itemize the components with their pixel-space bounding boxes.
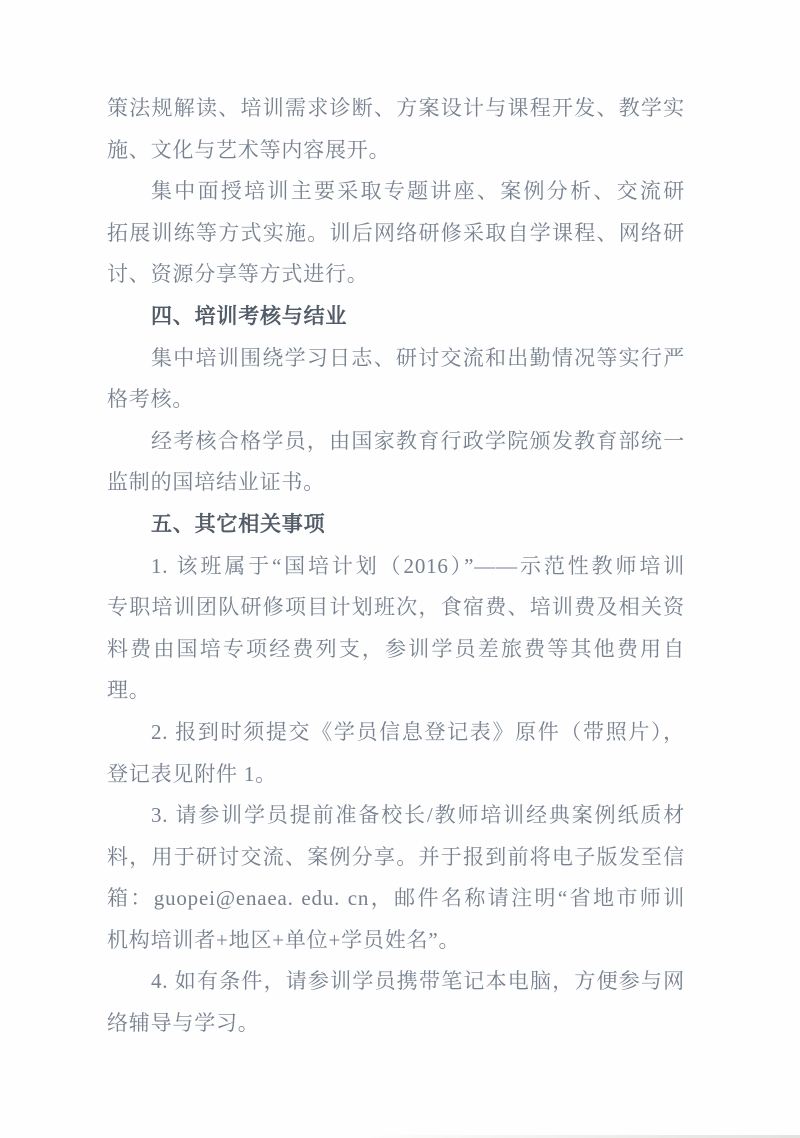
document-line: 机构培训者+地区+单位+学员姓名”。 (107, 920, 685, 962)
document-line-item-3: 3. 请参训学员提前准备校长/教师培训经典案例纸质材 (107, 795, 685, 837)
document-line: 专职培训团队研修项目计划班次，食宿费、培训费及相关资 (107, 587, 685, 629)
document-line-email: 箱：guopei@enaea. edu. cn，邮件名称请注明“省地市师训 (107, 878, 685, 920)
document-line: 经考核合格学员，由国家教育行政学院颁发教育部统一 (107, 421, 685, 463)
document-line: 施、文化与艺术等内容展开。 (107, 130, 685, 172)
document-line: 集中培训围绕学习日志、研讨交流和出勤情况等实行严 (107, 338, 685, 380)
section-heading-4: 四、培训考核与结业 (107, 296, 685, 338)
document-line-item-2: 2. 报到时须提交《学员信息登记表》原件（带照片）， (107, 712, 685, 754)
document-line: 格考核。 (107, 379, 685, 421)
document-line: 讨、资源分享等方式进行。 (107, 254, 685, 296)
document-line: 理。 (107, 670, 685, 712)
document-line-item-4: 4. 如有条件，请参训学员携带笔记本电脑，方便参与网 (107, 961, 685, 1003)
document-line: 集中面授培训主要采取专题讲座、案例分析、交流研讨、 (107, 171, 685, 213)
document-line: 监制的国培结业证书。 (107, 462, 685, 504)
document-line: 料，用于研讨交流、案例分享。并于报到前将电子版发至信 (107, 837, 685, 879)
document-line: 策法规解读、培训需求诊断、方案设计与课程开发、教学实 (107, 88, 685, 130)
document-line: 拓展训练等方式实施。训后网络研修采取自学课程、网络研 (107, 213, 685, 255)
section-heading-5: 五、其它相关事项 (107, 504, 685, 546)
document-line: 络辅导与学习。 (107, 1003, 685, 1045)
document-line: 登记表见附件 1。 (107, 754, 685, 796)
document-line: 料费由国培专项经费列支，参训学员差旅费等其他费用自 (107, 629, 685, 671)
document-body: 策法规解读、培训需求诊断、方案设计与课程开发、教学实 施、文化与艺术等内容展开。… (107, 88, 685, 1045)
document-page: 策法规解读、培训需求诊断、方案设计与课程开发、教学实 施、文化与艺术等内容展开。… (0, 0, 800, 1138)
document-line-item-1: 1. 该班属于“国培计划（2016）”——示范性教师培训 (107, 546, 685, 588)
